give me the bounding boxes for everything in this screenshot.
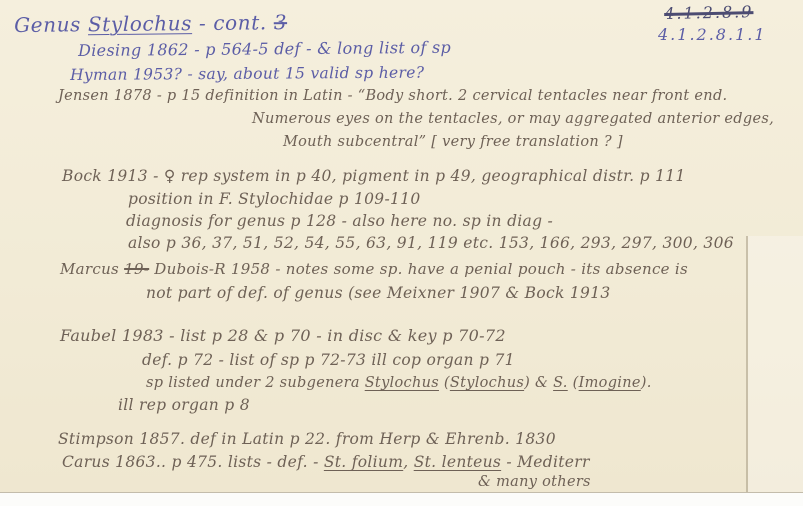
text-segment: Dubois-R 1958 - notes some sp. have a pe…	[149, 260, 688, 278]
crossed-out-text: 19-	[124, 260, 149, 278]
line-faubel-def: def. p 72 - list of sp p 72-73 ill cop o…	[142, 351, 515, 369]
catalog-number: 4.1.2.8.1.1	[658, 25, 767, 44]
text-segment: Bock 1913 - ♀ rep system in p 40, pigmen…	[62, 167, 686, 185]
text-segment: Diesing 1862 - p 564-5 def - & long list…	[78, 38, 451, 60]
text-segment: (	[439, 375, 450, 391]
line-bock-diagnosis: diagnosis for genus p 128 - also here no…	[126, 212, 553, 230]
text-segment: Stimpson 1857. def in Latin p 22. from H…	[58, 430, 556, 448]
line-genus-header: Genus Stylochus - cont. 3	[14, 10, 287, 37]
line-stimpson-1857: Stimpson 1857. def in Latin p 22. from H…	[58, 430, 556, 448]
line-jensen-1878: Jensen 1878 - p 15 definition in Latin -…	[58, 88, 727, 104]
text-segment: Carus 1863.. p 475. lists - def. -	[62, 453, 324, 471]
line-many-others: & many others	[478, 474, 591, 490]
line-bock-position: position in F. Stylochidae p 109-110	[128, 190, 421, 208]
line-quote-eyes: Numerous eyes on the tentacles, or may a…	[252, 111, 774, 127]
text-segment: Mouth subcentral” [ very free translatio…	[283, 134, 623, 150]
text-segment: not part of def. of genus (see Meixner 1…	[146, 284, 611, 302]
underlined-text: Stylochus	[88, 11, 192, 36]
underlined-text: St. folium	[324, 453, 403, 471]
text-segment: Jensen 1878 - p 15 definition in Latin -…	[58, 88, 727, 104]
line-hyman-1953: Hyman 1953? - say, about 15 valid sp her…	[70, 64, 424, 84]
index-card: 4.1.2.8.9 4.1.2.8.1.1 Genus Stylochus - …	[0, 0, 803, 492]
text-segment: position in F. Stylochidae p 109-110	[128, 190, 421, 208]
text-segment: def. p 72 - list of sp p 72-73 ill cop o…	[142, 351, 515, 369]
line-subgenera: sp listed under 2 subgenera Stylochus (S…	[146, 375, 652, 391]
catalog-number-crossed: 4.1.2.8.9	[664, 2, 754, 23]
crossed-out-text: 3	[274, 10, 288, 34]
text-segment: - Mediterr	[501, 453, 590, 471]
text-segment: - cont.	[192, 10, 274, 35]
line-bock-pages: also p 36, 37, 51, 52, 54, 55, 63, 91, 1…	[128, 234, 734, 252]
text-segment: & many others	[478, 474, 591, 490]
text-segment: ,	[403, 453, 413, 471]
card-edge-line	[746, 236, 748, 492]
text-segment: Genus	[14, 12, 88, 37]
text-segment: (	[568, 375, 579, 391]
underlying-card-surface	[748, 236, 803, 492]
line-marcus-dubois: Marcus 19- Dubois-R 1958 - notes some sp…	[60, 260, 688, 278]
text-segment: Faubel 1983 - list p 28 & p 70 - in disc…	[60, 326, 506, 345]
text-segment: Numerous eyes on the tentacles, or may a…	[252, 111, 774, 127]
underlined-text: Stylochus	[365, 375, 439, 391]
text-segment: sp listed under 2 subgenera	[146, 375, 365, 391]
line-not-part-def: not part of def. of genus (see Meixner 1…	[146, 284, 611, 302]
text-segment: ill rep organ p 8	[118, 396, 250, 414]
line-carus-1863: Carus 1863.. p 475. lists - def. - St. f…	[62, 453, 590, 471]
text-segment: Hyman 1953? - say, about 15 valid sp her…	[70, 64, 424, 84]
line-faubel-1983: Faubel 1983 - list p 28 & p 70 - in disc…	[60, 326, 506, 345]
text-segment: Marcus	[60, 260, 124, 278]
text-segment: ) &	[524, 375, 553, 391]
line-bock-1913: Bock 1913 - ♀ rep system in p 40, pigmen…	[62, 167, 686, 185]
scanned-index-card-photo: 4.1.2.8.9 4.1.2.8.1.1 Genus Stylochus - …	[0, 0, 803, 506]
text-segment: diagnosis for genus p 128 - also here no…	[126, 212, 553, 230]
underlined-text: Imogine	[579, 375, 641, 391]
underlined-text: S.	[553, 375, 568, 391]
underlined-text: Stylochus	[450, 375, 524, 391]
text-segment: ).	[641, 375, 652, 391]
scan-background-strip	[0, 492, 803, 506]
line-quote-mouth: Mouth subcentral” [ very free translatio…	[283, 134, 623, 150]
underlined-text: St. lenteus	[414, 453, 501, 471]
text-segment: also p 36, 37, 51, 52, 54, 55, 63, 91, 1…	[128, 234, 734, 252]
line-diesing-1862: Diesing 1862 - p 564-5 def - & long list…	[78, 38, 451, 60]
line-ill-rep-organ: ill rep organ p 8	[118, 396, 250, 414]
